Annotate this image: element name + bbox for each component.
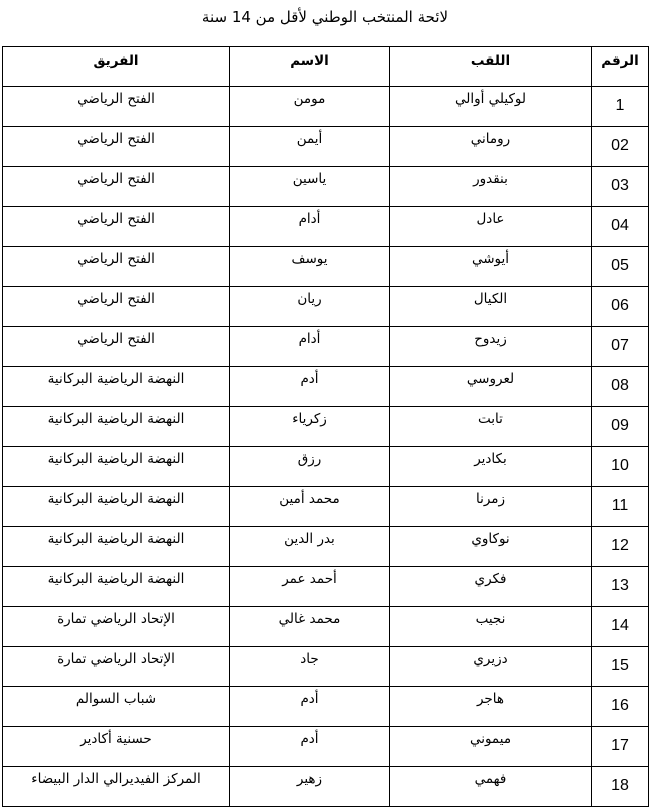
cell-number: 04 [592, 207, 649, 247]
table-row: 09 تابت زكرياء النهضة الرياضية البركانية [3, 407, 649, 447]
cell-name: زهير [230, 767, 390, 807]
cell-number: 12 [592, 527, 649, 567]
cell-team: الفتح الرياضي [3, 87, 230, 127]
cell-number: 02 [592, 127, 649, 167]
cell-number: 09 [592, 407, 649, 447]
cell-name: رزق [230, 447, 390, 487]
table-row: 04 عادل أدام الفتح الرياضي [3, 207, 649, 247]
cell-number: 05 [592, 247, 649, 287]
cell-team: شباب السوالم [3, 687, 230, 727]
table-row: 15 دزيري جاد الإتحاد الرياضي تمارة [3, 647, 649, 687]
cell-number: 08 [592, 367, 649, 407]
cell-team: الفتح الرياضي [3, 287, 230, 327]
cell-surname: روماني [390, 127, 592, 167]
table-row: 05 أيوشي يوسف الفتح الرياضي [3, 247, 649, 287]
table-row: 10 بكادير رزق النهضة الرياضية البركانية [3, 447, 649, 487]
cell-surname: لعروسي [390, 367, 592, 407]
header-surname: اللقب [390, 47, 592, 87]
cell-team: الإتحاد الرياضي تمارة [3, 607, 230, 647]
header-number: الرقم [592, 47, 649, 87]
cell-surname: الكيال [390, 287, 592, 327]
cell-name: أحمد عمر [230, 567, 390, 607]
cell-number: 03 [592, 167, 649, 207]
cell-team: المركز الفيديرالي الدار البيضاء [3, 767, 230, 807]
table-row: 1 لوكيلي أوالي مومن الفتح الرياضي [3, 87, 649, 127]
cell-name: جاد [230, 647, 390, 687]
cell-number: 1 [592, 87, 649, 127]
table-row: 12 نوكاوي بدر الدين النهضة الرياضية البر… [3, 527, 649, 567]
cell-surname: نوكاوي [390, 527, 592, 567]
cell-team: الفتح الرياضي [3, 127, 230, 167]
cell-surname: فكري [390, 567, 592, 607]
cell-number: 16 [592, 687, 649, 727]
cell-team: النهضة الرياضية البركانية [3, 447, 230, 487]
cell-team: النهضة الرياضية البركانية [3, 367, 230, 407]
cell-number: 07 [592, 327, 649, 367]
table-row: 16 هاجر أدم شباب السوالم [3, 687, 649, 727]
cell-team: الفتح الرياضي [3, 327, 230, 367]
cell-name: أدم [230, 727, 390, 767]
cell-team: الفتح الرياضي [3, 167, 230, 207]
roster-table: الرقم اللقب الاسم الفريق 1 لوكيلي أوالي … [2, 46, 649, 807]
cell-team: النهضة الرياضية البركانية [3, 567, 230, 607]
cell-team: الإتحاد الرياضي تمارة [3, 647, 230, 687]
cell-name: مومن [230, 87, 390, 127]
cell-number: 06 [592, 287, 649, 327]
cell-name: بدر الدين [230, 527, 390, 567]
cell-name: أدم [230, 687, 390, 727]
cell-team: الفتح الرياضي [3, 247, 230, 287]
cell-name: أيمن [230, 127, 390, 167]
cell-number: 11 [592, 487, 649, 527]
cell-surname: فهمي [390, 767, 592, 807]
cell-number: 18 [592, 767, 649, 807]
cell-team: النهضة الرياضية البركانية [3, 527, 230, 567]
cell-number: 13 [592, 567, 649, 607]
cell-name: أدام [230, 207, 390, 247]
header-team: الفريق [3, 47, 230, 87]
cell-number: 15 [592, 647, 649, 687]
cell-name: أدام [230, 327, 390, 367]
cell-name: يوسف [230, 247, 390, 287]
cell-surname: هاجر [390, 687, 592, 727]
cell-surname: زمرنا [390, 487, 592, 527]
header-row: الرقم اللقب الاسم الفريق [3, 47, 649, 87]
table-row: 18 فهمي زهير المركز الفيديرالي الدار الب… [3, 767, 649, 807]
cell-name: ريان [230, 287, 390, 327]
page-title: لائحة المنتخب الوطني لأقل من 14 سنة [0, 7, 650, 27]
table-row: 02 روماني أيمن الفتح الرياضي [3, 127, 649, 167]
cell-surname: عادل [390, 207, 592, 247]
cell-team: النهضة الرياضية البركانية [3, 407, 230, 447]
table-row: 03 بنقدور ياسين الفتح الرياضي [3, 167, 649, 207]
table-row: 11 زمرنا محمد أمين النهضة الرياضية البرك… [3, 487, 649, 527]
cell-surname: لوكيلي أوالي [390, 87, 592, 127]
cell-name: أدم [230, 367, 390, 407]
cell-name: محمد غالي [230, 607, 390, 647]
cell-surname: زيدوح [390, 327, 592, 367]
cell-surname: بنقدور [390, 167, 592, 207]
cell-name: زكرياء [230, 407, 390, 447]
table-row: 06 الكيال ريان الفتح الرياضي [3, 287, 649, 327]
cell-name: ياسين [230, 167, 390, 207]
table-row: 17 ميموني أدم حسنية أكادير [3, 727, 649, 767]
cell-name: محمد أمين [230, 487, 390, 527]
header-name: الاسم [230, 47, 390, 87]
cell-team: حسنية أكادير [3, 727, 230, 767]
cell-surname: بكادير [390, 447, 592, 487]
cell-surname: ميموني [390, 727, 592, 767]
cell-team: النهضة الرياضية البركانية [3, 487, 230, 527]
cell-surname: نجيب [390, 607, 592, 647]
cell-surname: تابت [390, 407, 592, 447]
cell-team: الفتح الرياضي [3, 207, 230, 247]
cell-surname: دزيري [390, 647, 592, 687]
cell-surname: أيوشي [390, 247, 592, 287]
table-row: 13 فكري أحمد عمر النهضة الرياضية البركان… [3, 567, 649, 607]
table-row: 14 نجيب محمد غالي الإتحاد الرياضي تمارة [3, 607, 649, 647]
cell-number: 10 [592, 447, 649, 487]
cell-number: 14 [592, 607, 649, 647]
table-row: 08 لعروسي أدم النهضة الرياضية البركانية [3, 367, 649, 407]
table-row: 07 زيدوح أدام الفتح الرياضي [3, 327, 649, 367]
cell-number: 17 [592, 727, 649, 767]
